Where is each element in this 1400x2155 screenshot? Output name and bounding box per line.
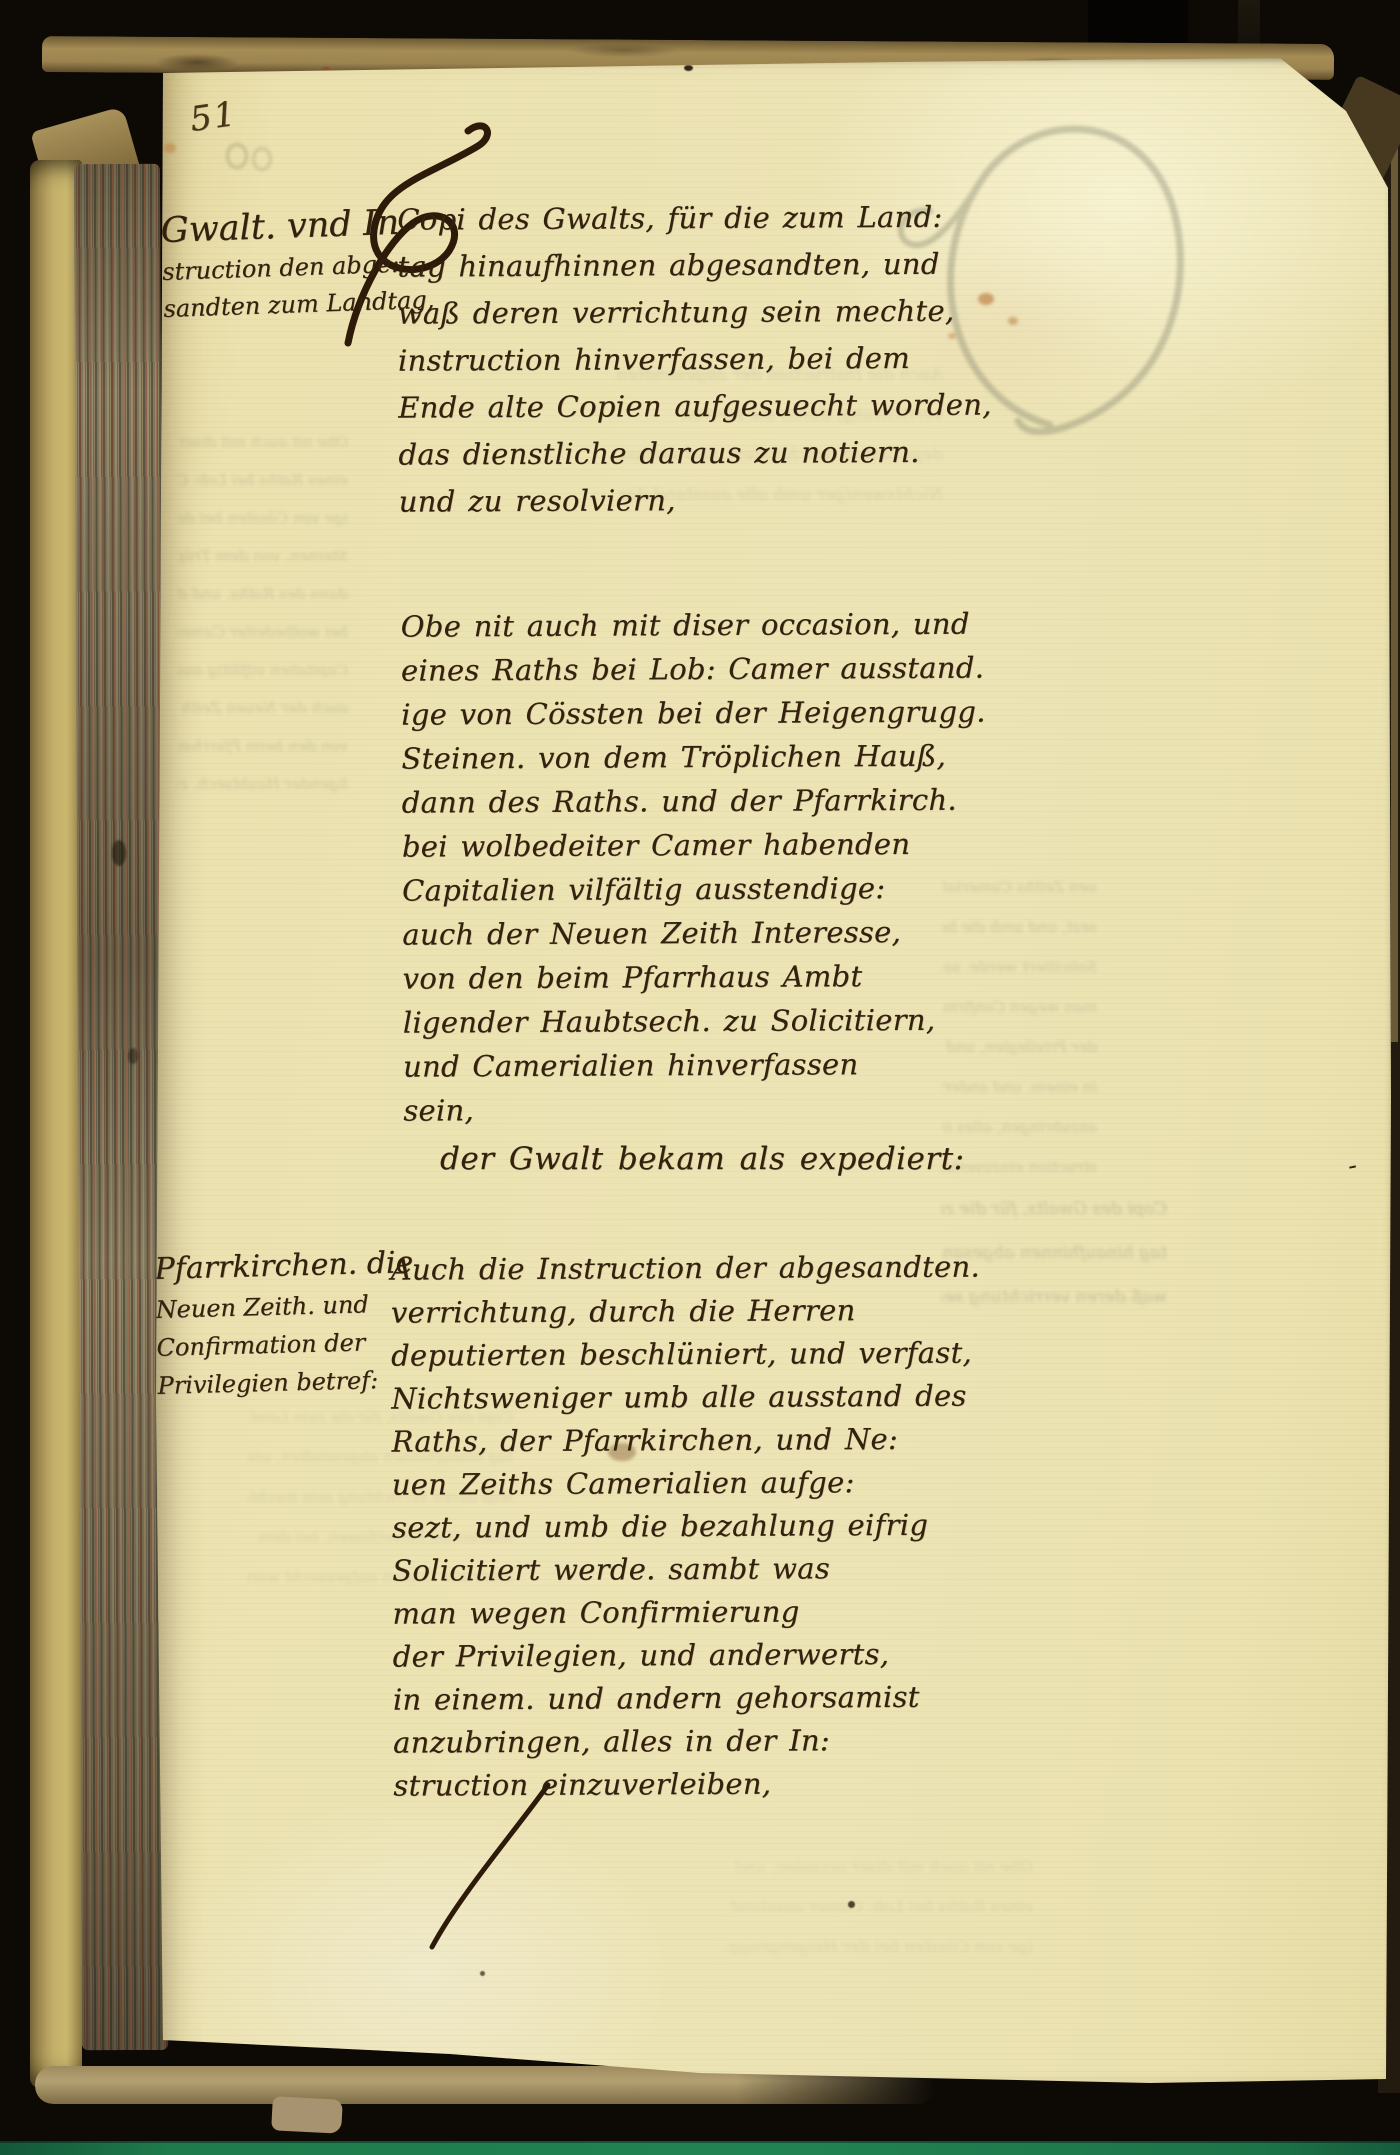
manuscript-line: der Privilegien, und anderwerts, bbox=[393, 1632, 1013, 1678]
ink-speck bbox=[480, 1971, 485, 1976]
manuscript-line: eines Raths bei Lob: Camer ausstand. bbox=[401, 645, 1021, 692]
manuscript-line: in einem. und andern gehorsamist bbox=[393, 1675, 1013, 1721]
bleedthrough-numeral-ghost bbox=[252, 147, 272, 171]
manuscript-line: Raths, der Pfarrkirchen, und Ne: bbox=[391, 1417, 1011, 1463]
paragraph-2: Obe nit auch mit diser occasion, und ein… bbox=[401, 601, 1024, 1132]
book-bottom-tab bbox=[271, 2096, 343, 2134]
manuscript-line: Copi des Gwalts, für die zum Land: bbox=[397, 193, 1017, 243]
manuscript-line: anzubringen, alles in der In: bbox=[393, 1718, 1013, 1764]
manuscript-line: und zu resolviern, bbox=[399, 475, 1019, 525]
manuscript-line: und Camerialien hinverfassen bbox=[403, 1041, 1023, 1088]
manuscript-line: waß deren verrichtung sein mechte, bbox=[398, 287, 1018, 337]
manuscript-line: von den beim Pfarrhaus Ambt bbox=[402, 953, 1022, 1000]
manuscript-line: deputierten beschlüniert, und verfast, bbox=[391, 1331, 1011, 1377]
manuscript-line: Auch die Instruction der abgesandten. bbox=[391, 1245, 1011, 1291]
closing-line: der Gwalt bekam als expediert: bbox=[440, 1141, 965, 1177]
paragraph-1: Copi des Gwalts, für die zum Land: tag h… bbox=[397, 193, 1019, 525]
fore-edge-sliver bbox=[1391, 142, 1398, 1042]
manuscript-line: ligender Haubtsech. zu Solicitiern, bbox=[403, 997, 1023, 1044]
margin-mark: - bbox=[1345, 1150, 1360, 1181]
manuscript-line: Obe nit auch mit diser occasion, und bbox=[401, 601, 1021, 648]
ink-speck bbox=[848, 1901, 855, 1908]
manuscript-line: das dienstliche daraus zu notiern. bbox=[398, 428, 1018, 478]
manuscript-line: tag hinaufhinnen abgesandten, und bbox=[397, 240, 1017, 290]
manuscript-page: Obe nit auch mit diser occasion, und ein… bbox=[150, 55, 1395, 2095]
manuscript-line: Nichtsweniger umb alle ausstand des bbox=[391, 1374, 1011, 1420]
bleedthrough-text: Obe nit auch mit diser occasion, und ein… bbox=[178, 423, 348, 803]
foxing-stain bbox=[164, 143, 176, 153]
paragraph-3: Auch die Instruction der abgesandten. ve… bbox=[391, 1245, 1014, 1807]
ink-blot bbox=[128, 1048, 138, 1064]
manuscript-line: verrichtung, durch die Herren bbox=[391, 1288, 1011, 1334]
manuscript-line: sezt, und umb die bezahlung eifrig bbox=[392, 1503, 1012, 1549]
manuscript-line: dann des Raths. und der Pfarrkirch. bbox=[402, 777, 1022, 824]
manuscript-line: bei wolbedeiter Camer habenden bbox=[402, 821, 1022, 868]
ink-speck bbox=[684, 65, 693, 71]
ink-blot bbox=[112, 840, 126, 866]
manuscript-line: Ende alte Copien aufgesuecht worden, bbox=[398, 381, 1018, 431]
manuscript-line: ige von Cössten bei der Heigengrugg. bbox=[401, 689, 1021, 736]
manuscript-line: uen Zeiths Camerialien aufge: bbox=[392, 1460, 1012, 1506]
manuscript-line: Steinen. von dem Tröplichen Hauß, bbox=[401, 733, 1021, 780]
bleedthrough-numeral-ghost bbox=[226, 143, 248, 169]
manuscript-line: sein, bbox=[403, 1085, 1023, 1132]
manuscript-line: man wegen Confirmierung bbox=[392, 1589, 1012, 1635]
pen-tail-flourish bbox=[416, 1777, 566, 1962]
page-number: 51 bbox=[187, 94, 239, 140]
color-reference-strip bbox=[0, 2141, 1400, 2155]
bleedthrough-text: Obe nit auch mit diser occasion, und ein… bbox=[648, 1847, 1033, 1967]
manuscript-line: Capitalien vilfältig ausstendige: bbox=[402, 865, 1022, 912]
manuscript-line: instruction hinverfassen, bei dem bbox=[398, 334, 1018, 384]
manuscript-line: Solicitiert werde. sambt was bbox=[392, 1546, 1012, 1592]
manuscript-line: auch der Neuen Zeith Interesse, bbox=[402, 909, 1022, 956]
page-edges-stack bbox=[74, 164, 168, 2050]
manuscript-photo: Obe nit auch mit diser occasion, und ein… bbox=[0, 0, 1400, 2155]
